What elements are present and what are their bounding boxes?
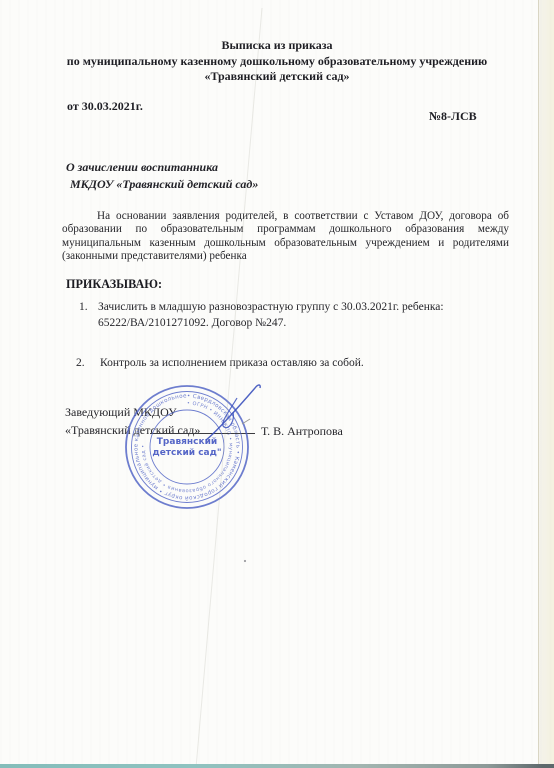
order-date: от 30.03.2021г. bbox=[67, 99, 143, 114]
order-subject: О зачислении воспитанника МКДОУ «Травянс… bbox=[66, 159, 258, 193]
item1-text-line1: Зачислить в младшую разновозрастную груп… bbox=[98, 301, 444, 313]
scan-bottom-edge bbox=[0, 764, 554, 768]
official-round-stamp: • Свердловская область • Каменский город… bbox=[123, 383, 251, 511]
item2-number: 2. bbox=[76, 357, 85, 369]
stamp-inner-circle bbox=[150, 410, 224, 484]
subject-line-2: МКДОУ «Травянский детский сад» bbox=[70, 176, 258, 193]
preamble-line-3: муниципальным казенным дошкольным образо… bbox=[62, 237, 509, 250]
scanned-order-document: Выписка из приказа по муниципальному каз… bbox=[0, 0, 554, 768]
order-heading: ПРИКАЗЫВАЮ: bbox=[66, 277, 162, 292]
scan-right-edge bbox=[538, 0, 554, 768]
preamble-line-4: (законными представителями) ребенка bbox=[62, 250, 509, 263]
order-preamble: На основании заявления родителей, в соот… bbox=[62, 210, 509, 264]
scan-speck bbox=[244, 560, 246, 562]
title-line-2: по муниципальному казенному дошкольному … bbox=[0, 54, 554, 70]
signer-name: Т. В. Антропова bbox=[261, 424, 343, 439]
subject-line-1: О зачислении воспитанника bbox=[66, 159, 258, 176]
item1-number: 1. bbox=[79, 301, 88, 313]
title-line-3: «Травянский детский сад» bbox=[0, 69, 554, 85]
title-line-1: Выписка из приказа bbox=[0, 38, 554, 54]
item2-text-line1: Контроль за исполнением приказа оставляю… bbox=[100, 357, 364, 369]
preamble-line-1: На основании заявления родителей, в соот… bbox=[62, 210, 509, 223]
item1-text-line2: 65222/ВА/2101271092. Договор №247. bbox=[98, 317, 286, 329]
stamp-middle-circle bbox=[132, 392, 243, 503]
stamp-center-line-2: детский сад" bbox=[152, 448, 221, 458]
document-title: Выписка из приказа по муниципальному каз… bbox=[0, 38, 554, 85]
preamble-line-2: образовании по образовательным программа… bbox=[62, 223, 509, 236]
order-number: №8-ЛСВ bbox=[429, 109, 477, 124]
stamp-center-line-1: Травянский bbox=[157, 437, 217, 447]
